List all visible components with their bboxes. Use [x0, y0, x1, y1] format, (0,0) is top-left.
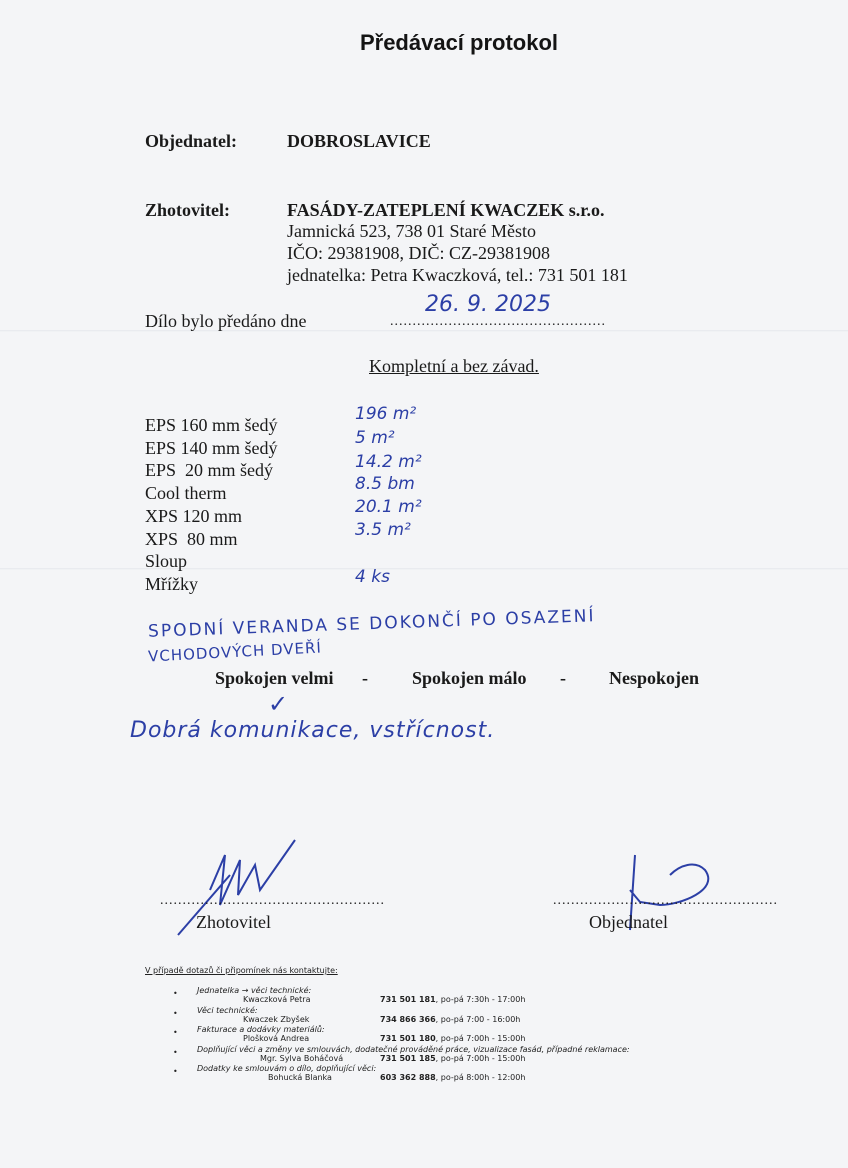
material-name: EPS 140 mm šedý — [145, 437, 278, 460]
contact-topic: Jednatelka → věci technické: — [197, 986, 311, 995]
objednatel-label: Objednatel: — [145, 131, 237, 152]
bullet-icon: • — [173, 1067, 178, 1076]
material-name: Sloup — [145, 550, 187, 573]
objednatel-value: DOBROSLAVICE — [287, 131, 431, 152]
handover-dots: ........................................… — [390, 314, 606, 330]
material-amount: 5 m² — [355, 428, 395, 448]
contact-topic: Věci technické: — [197, 1006, 258, 1015]
zhotovitel-label: Zhotovitel: — [145, 200, 230, 221]
material-amount: 196 m² — [355, 404, 416, 424]
contact-phone[interactable]: 731 501 181 — [380, 995, 436, 1004]
bullet-icon: • — [173, 1028, 178, 1037]
contact-topic: Fakturace a dodávky materiálů: — [197, 1025, 325, 1034]
contact-name: Kwaczková Petra — [243, 995, 311, 1004]
contact-name: Mgr. Sylva Boháčová — [260, 1054, 343, 1063]
handover-label: Dílo bylo předáno dne — [145, 311, 306, 332]
contact-hours: , po-pá 7:30h - 17:00h — [436, 995, 526, 1004]
material-name: XPS 80 mm — [145, 528, 238, 551]
signature-dots-left: ........................................… — [160, 893, 385, 909]
contact-hours: , po-pá 7:00h - 15:00h — [436, 1054, 526, 1063]
contact-phone[interactable]: 731 501 185 — [380, 1054, 436, 1063]
contact-phone-row: 734 866 366, po-pá 7:00 - 16:00h — [380, 1015, 520, 1024]
contact-name: Bohucká Blanka — [268, 1073, 332, 1082]
signature-label-contractor: Zhotovitel — [196, 912, 271, 933]
contacts-heading: V případě dotazů či připomínek nás konta… — [145, 966, 338, 975]
contact-phone-row: 603 362 888, po-pá 8:00h - 12:00h — [380, 1073, 525, 1082]
page-title: Předávací protokol — [0, 30, 848, 56]
contact-phone-row: 731 501 185, po-pá 7:00h - 15:00h — [380, 1054, 525, 1063]
material-amount: 4 ks — [355, 567, 390, 587]
material-amount: 20.1 m² — [355, 497, 422, 517]
separator: - — [560, 668, 566, 689]
contact-phone[interactable]: 731 501 180 — [380, 1034, 436, 1043]
handwritten-comment: Dobrá komunikace, vstřícnost. — [130, 718, 495, 743]
contact-phone-row: 731 501 181, po-pá 7:30h - 17:00h — [380, 995, 525, 1004]
zhotovitel-ids: IČO: 29381908, DIČ: CZ-29381908 — [287, 243, 550, 264]
contact-name: Plošková Andrea — [243, 1034, 309, 1043]
zhotovitel-address: Jamnická 523, 738 01 Staré Město — [287, 221, 536, 242]
material-name: Cool therm — [145, 482, 227, 505]
zhotovitel-company: FASÁDY-ZATEPLENÍ KWACZEK s.r.o. — [287, 200, 605, 221]
contact-hours: , po-pá 8:00h - 12:00h — [436, 1073, 526, 1082]
checkmark-icon: ✓ — [268, 690, 288, 718]
contact-topic: Dodatky ke smlouvám o dílo, doplňující v… — [197, 1064, 376, 1073]
zhotovitel-contact: jednatelka: Petra Kwaczková, tel.: 731 5… — [287, 265, 628, 286]
paper-fold — [0, 330, 848, 332]
material-name: EPS 160 mm šedý — [145, 414, 278, 437]
option-not-satisfied: Nespokojen — [609, 668, 699, 689]
contact-phone-row: 731 501 180, po-pá 7:00h - 15:00h — [380, 1034, 525, 1043]
separator: - — [362, 668, 368, 689]
material-amount: 14.2 m² — [355, 452, 422, 472]
material-name: Mřížky — [145, 573, 198, 596]
signature-dots-right: ........................................… — [553, 893, 778, 909]
option-little-satisfied: Spokojen málo — [412, 668, 527, 689]
contact-topic: Doplňující věci a změny ve smlouvách, do… — [197, 1045, 630, 1054]
material-name: EPS 20 mm šedý — [145, 459, 273, 482]
bullet-icon: • — [173, 1048, 178, 1057]
status-text: Kompletní a bez závad. — [369, 356, 539, 377]
contact-name: Kwaczek Zbyšek — [243, 1015, 309, 1024]
option-very-satisfied: Spokojen velmi — [215, 668, 334, 689]
material-amount: 3.5 m² — [355, 520, 411, 540]
signature-label-client: Objednatel — [589, 912, 668, 933]
bullet-icon: • — [173, 989, 178, 998]
note-line-1: SPODNÍ VERANDA SE DOKONČÍ PO OSAZENÍ — [148, 606, 596, 642]
note-line-2: VCHODOVÝCH DVEŘÍ — [148, 638, 323, 665]
material-amount: 8.5 bm — [355, 474, 415, 494]
bullet-icon: • — [173, 1009, 178, 1018]
contact-phone[interactable]: 603 362 888 — [380, 1073, 436, 1082]
contact-hours: , po-pá 7:00h - 15:00h — [436, 1034, 526, 1043]
contact-hours: , po-pá 7:00 - 16:00h — [436, 1015, 521, 1024]
paper-fold — [0, 568, 848, 570]
contact-phone[interactable]: 734 866 366 — [380, 1015, 436, 1024]
material-name: XPS 120 mm — [145, 505, 242, 528]
